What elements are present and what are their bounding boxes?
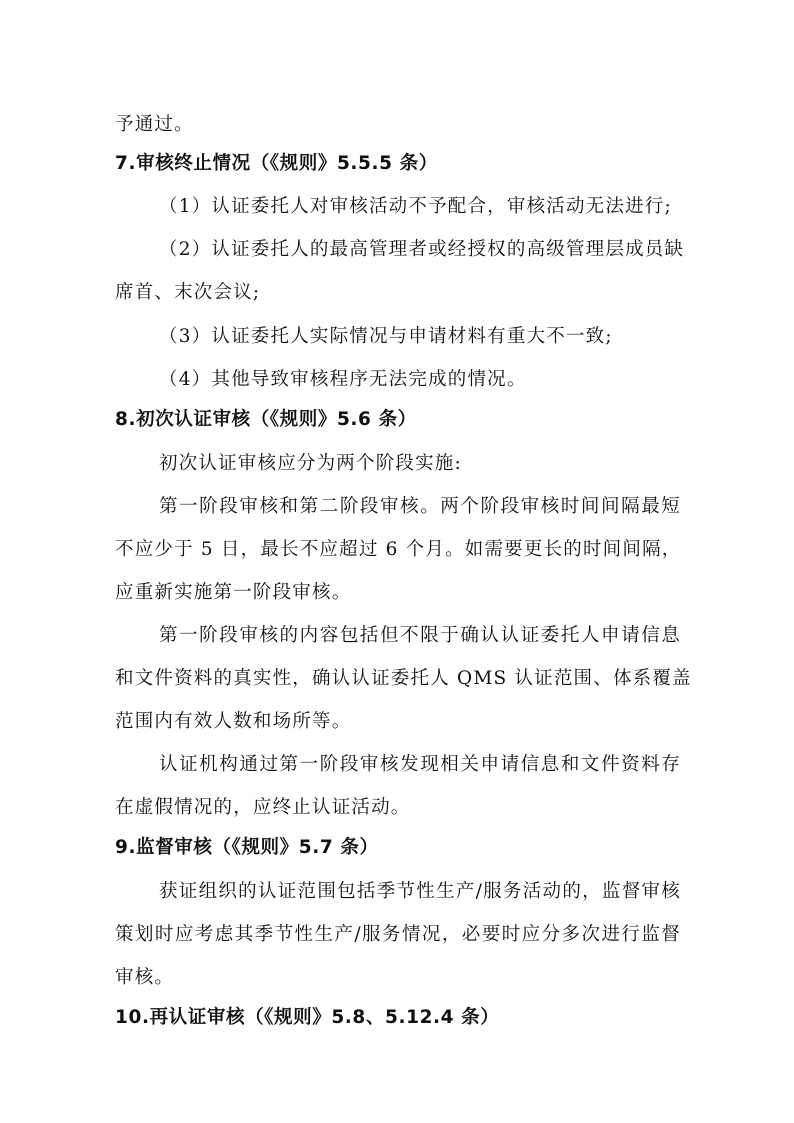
body-text-line: 获证组织的认证范围包括季节性生产/服务活动的，监督审核	[159, 880, 681, 904]
body-text-line: 审核。	[115, 966, 681, 990]
list-item-3: （3）认证委托人实际情况与申请材料有重大不一致;	[159, 325, 725, 349]
body-text-line: 认证机构通过第一阶段审核发现相关申请信息和文件资料存	[159, 753, 681, 777]
section-heading-7: 7.审核终止情况（《规则》5.5.5 条）	[115, 152, 681, 176]
section-heading-8: 8.初次认证审核（《规则》5.6 条）	[115, 408, 681, 432]
list-item-4: （4）其他导致审核程序无法完成的情况。	[159, 368, 725, 392]
document-page: 予通过。 7.审核终止情况（《规则》5.5.5 条） （1）认证委托人对审核活动…	[0, 0, 794, 1123]
body-text-line: 和文件资料的真实性，确认认证委托人 QMS 认证范围、体系覆盖	[115, 667, 681, 691]
body-text-line: 应重新实施第一阶段审核。	[115, 581, 681, 605]
body-text-line: 初次认证审核应分为两个阶段实施:	[159, 452, 725, 476]
body-text-line: 在虚假情况的，应终止认证活动。	[115, 796, 681, 820]
section-heading-10: 10.再认证审核（《规则》5.8、5.12.4 条）	[115, 1006, 681, 1030]
body-text-line: 策划时应考虑其季节性生产/服务情况，必要时应分多次进行监督	[115, 923, 681, 947]
body-text-line: 不应少于 5 日，最长不应超过 6 个月。如需要更长的时间间隔，	[115, 538, 681, 562]
list-item-1: （1）认证委托人对审核活动不予配合，审核活动无法进行;	[159, 195, 725, 219]
body-text-line: 第一阶段审核和第二阶段审核。两个阶段审核时间间隔最短	[159, 495, 681, 519]
section-heading-9: 9.监督审核（《规则》5.7 条）	[115, 836, 681, 860]
body-text-line: 第一阶段审核的内容包括但不限于确认认证委托人申请信息	[159, 624, 681, 648]
body-text-line: 予通过。	[115, 113, 681, 137]
list-item-2: （2）认证委托人的最高管理者或经授权的高级管理层成员缺	[159, 238, 681, 262]
list-item-2-continuation: 席首、末次会议;	[115, 281, 681, 305]
body-text-line: 范围内有效人数和场所等。	[115, 710, 681, 734]
